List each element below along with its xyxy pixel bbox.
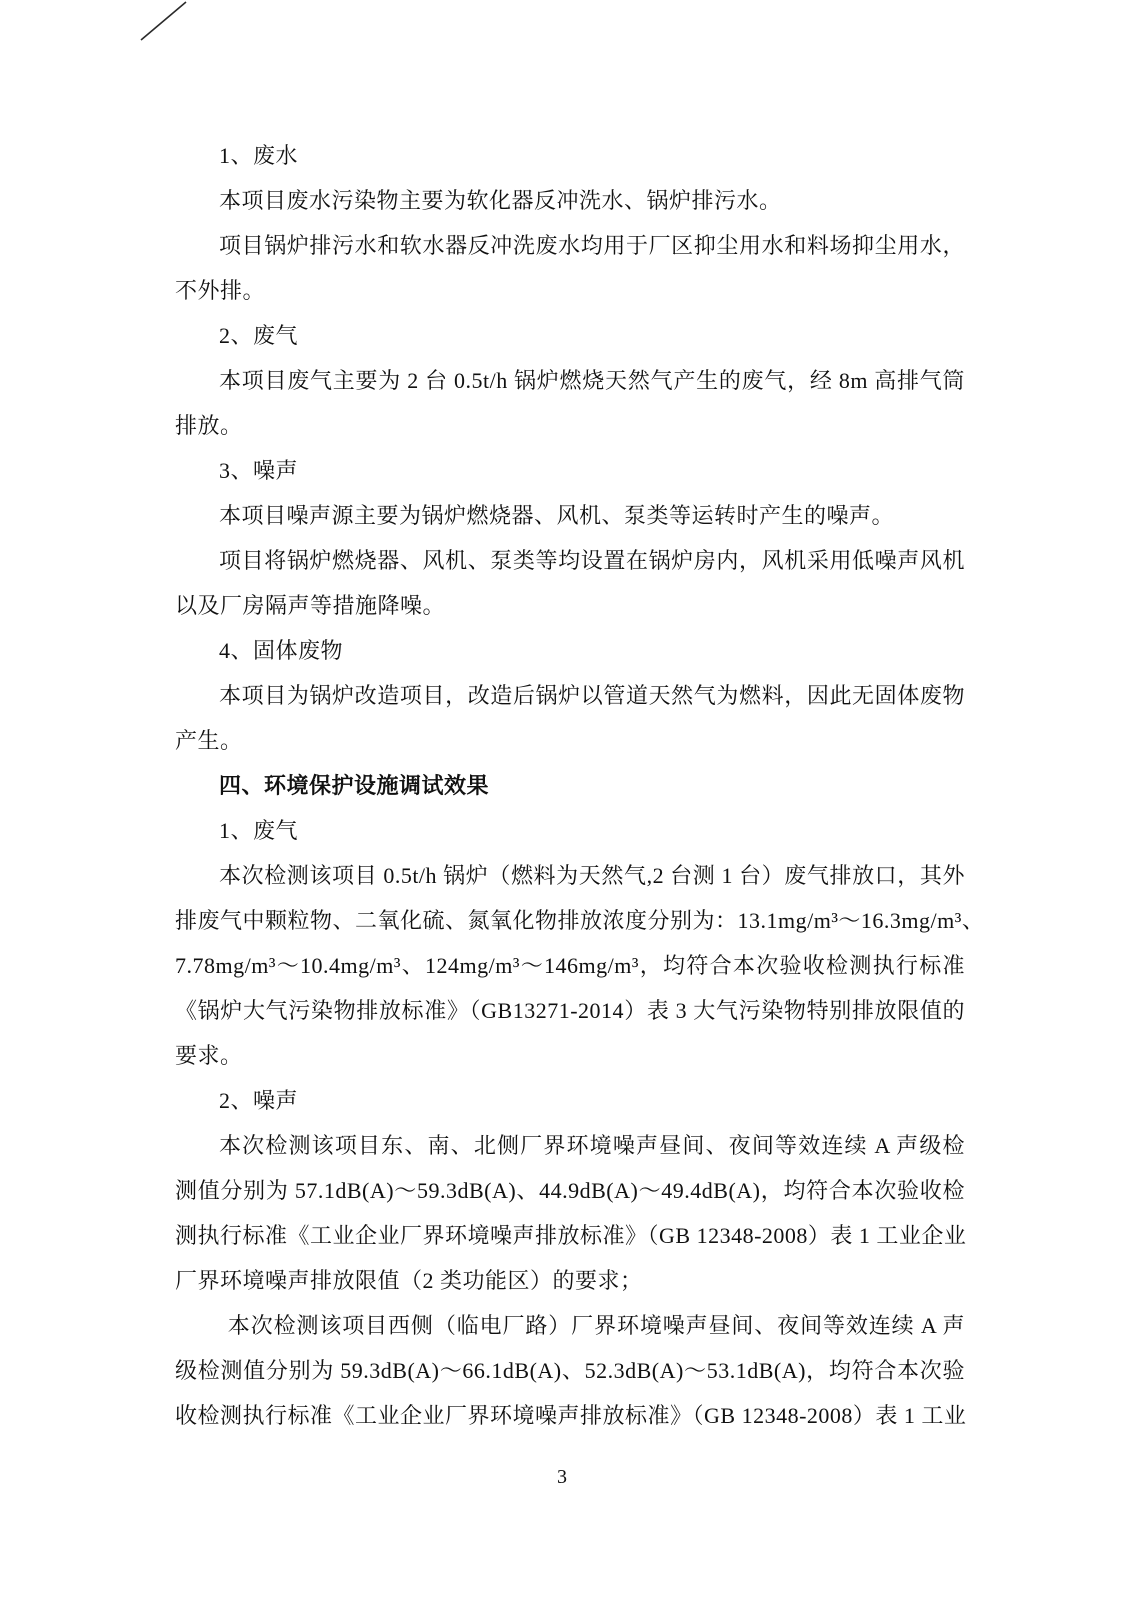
text-line: 本次检测该项目西侧（临电厂路）厂界环境噪声昼间、夜间等效连续 A 声	[175, 1303, 965, 1348]
text-line: 要求。	[175, 1033, 965, 1078]
text-line: 1、废气	[175, 808, 965, 853]
text-line: 测执行标准《工业企业厂界环境噪声排放标准》（GB 12348-2008）表 1 …	[175, 1213, 965, 1258]
text-line: 项目锅炉排污水和软水器反冲洗废水均用于厂区抑尘用水和料场抑尘用水，	[175, 223, 965, 268]
text-line: 1、废水	[175, 133, 965, 178]
text-line: 本次检测该项目东、南、北侧厂界环境噪声昼间、夜间等效连续 A 声级检	[175, 1123, 965, 1168]
text-line: 2、噪声	[175, 1078, 965, 1123]
text-line: 不外排。	[175, 268, 965, 313]
document-body: 1、废水本项目废水污染物主要为软化器反冲洗水、锅炉排污水。项目锅炉排污水和软水器…	[175, 133, 965, 1438]
text-line: 四、环境保护设施调试效果	[175, 763, 965, 808]
text-line: 本次检测该项目 0.5t/h 锅炉（燃料为天然气,2 台测 1 台）废气排放口，…	[175, 853, 965, 898]
text-line: 级检测值分别为 59.3dB(A)～66.1dB(A)、52.3dB(A)～53…	[175, 1348, 965, 1393]
text-line: 2、废气	[175, 313, 965, 358]
text-line: 收检测执行标准《工业企业厂界环境噪声排放标准》（GB 12348-2008）表 …	[175, 1393, 965, 1438]
text-line: 《锅炉大气污染物排放标准》（GB13271-2014）表 3 大气污染物特别排放…	[175, 988, 965, 1033]
text-line: 4、固体废物	[175, 628, 965, 673]
text-line: 本项目噪声源主要为锅炉燃烧器、风机、泵类等运转时产生的噪声。	[175, 493, 965, 538]
text-line: 7.78mg/m³～10.4mg/m³、124mg/m³～146mg/m³，均符…	[175, 943, 965, 988]
text-line: 测值分别为 57.1dB(A)～59.3dB(A)、44.9dB(A)～49.4…	[175, 1168, 965, 1213]
page-number: 3	[0, 1462, 1124, 1492]
text-line: 项目将锅炉燃烧器、风机、泵类等均设置在锅炉房内，风机采用低噪声风机	[175, 538, 965, 583]
text-line: 本项目废水污染物主要为软化器反冲洗水、锅炉排污水。	[175, 178, 965, 223]
text-line: 排废气中颗粒物、二氧化硫、氮氧化物排放浓度分别为：13.1mg/m³～16.3m…	[175, 898, 965, 943]
text-line: 厂界环境噪声排放限值（2 类功能区）的要求；	[175, 1258, 965, 1303]
text-line: 3、噪声	[175, 448, 965, 493]
text-line: 本项目为锅炉改造项目，改造后锅炉以管道天然气为燃料，因此无固体废物	[175, 673, 965, 718]
text-line: 排放。	[175, 403, 965, 448]
diagonal-scan-mark	[136, 0, 190, 44]
text-line: 以及厂房隔声等措施降噪。	[175, 583, 965, 628]
text-line: 本项目废气主要为 2 台 0.5t/h 锅炉燃烧天然气产生的废气，经 8m 高排…	[175, 358, 965, 403]
text-line: 产生。	[175, 718, 965, 763]
